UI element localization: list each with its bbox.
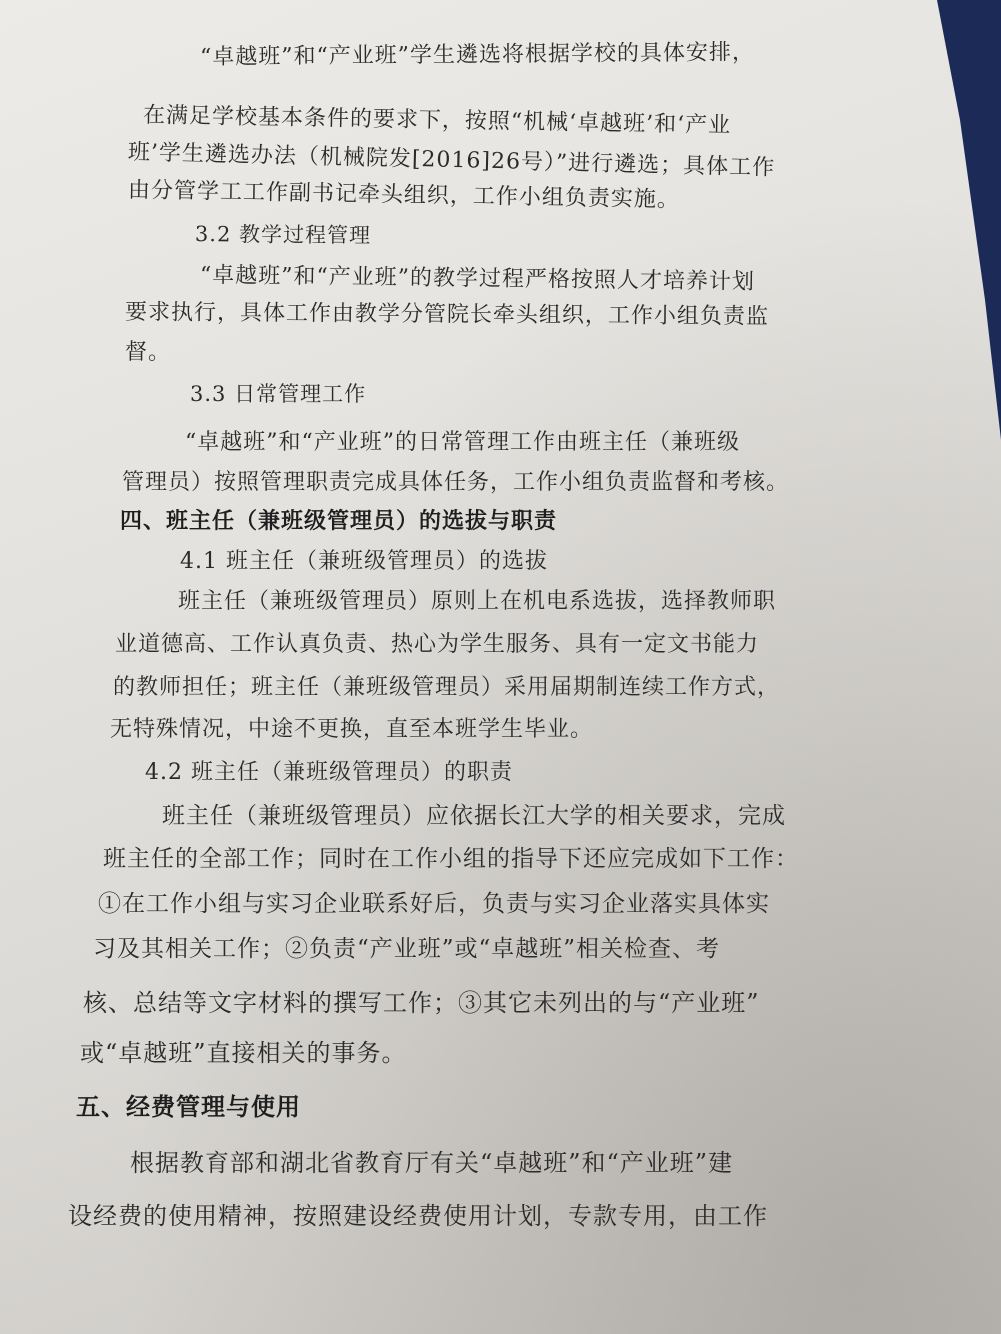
text-line: 业道德高、工作认真负责、热心为学生服务、具有一定文书能力 (115, 627, 759, 658)
text-line: 设经费的使用精神，按照建设经费使用计划，专款专用，由工作 (68, 1196, 768, 1231)
text-line: 3.2 教学过程管理 (195, 218, 371, 250)
text-line: 管理员）按照管理职责完成具体任务，工作小组负责监督和考核。 (122, 465, 789, 496)
text-line: “卓越班”和“产业班”的日常管理工作由班主任（兼班级 (185, 425, 740, 456)
text-line: 由分管学工工作副书记牵头组织，工作小组负责实施。 (128, 173, 680, 214)
text-line: 3.3 日常管理工作 (190, 378, 366, 408)
document-page: “卓越班”和“产业班”学生遴选将根据学校的具体安排，在满足学校基本条件的要求下，… (0, 0, 1001, 1334)
text-line: “卓越班”和“产业班”学生遴选将根据学校的具体安排， (200, 35, 755, 71)
text-line: 核、总结等文字材料的撰写工作；③其它未列出的与“产业班” (83, 983, 760, 1018)
text-line: “卓越班”和“产业班”的教学过程严格按照人才培养计划 (200, 258, 755, 296)
text-line: 督。 (125, 335, 171, 366)
text-line: 根据教育部和湖北省教育厅有关“卓越班”和“产业班”建 (130, 1143, 733, 1178)
text-line: 在满足学校基本条件的要求下，按照“机械‘卓越班’和‘产业 (143, 98, 732, 139)
text-line: 4.1 班主任（兼班级管理员）的选拔 (180, 544, 548, 575)
text-line: ①在工作小组与实习企业联系好后，负责与实习企业落实具体实 (98, 885, 770, 918)
section-heading: 四、班主任（兼班级管理员）的选拔与职责 (120, 504, 557, 535)
text-line: 要求执行，具体工作由教学分管院长牵头组织，工作小组负责监 (125, 295, 769, 330)
text-line: 班主任的全部工作；同时在工作小组的指导下还应完成如下工作： (103, 840, 799, 873)
text-line: 或“卓越班”直接相关的事务。 (80, 1033, 407, 1068)
text-line: 班主任（兼班级管理员）原则上在机电系选拔，选择教师职 (178, 584, 776, 615)
text-line: 无特殊情况，中途不更换，直至本班学生毕业。 (110, 712, 593, 743)
text-line: 班主任（兼班级管理员）应依据长江大学的相关要求，完成 (162, 797, 786, 830)
text-line: 的教师担任；班主任（兼班级管理员）采用届期制连续工作方式， (113, 670, 780, 701)
section-heading: 五、经费管理与使用 (76, 1087, 301, 1122)
text-line: 4.2 班主任（兼班级管理员）的职责 (145, 755, 513, 786)
text-line: 习及其相关工作；②负责“产业班”或“卓越班”相关检查、考 (93, 930, 720, 963)
